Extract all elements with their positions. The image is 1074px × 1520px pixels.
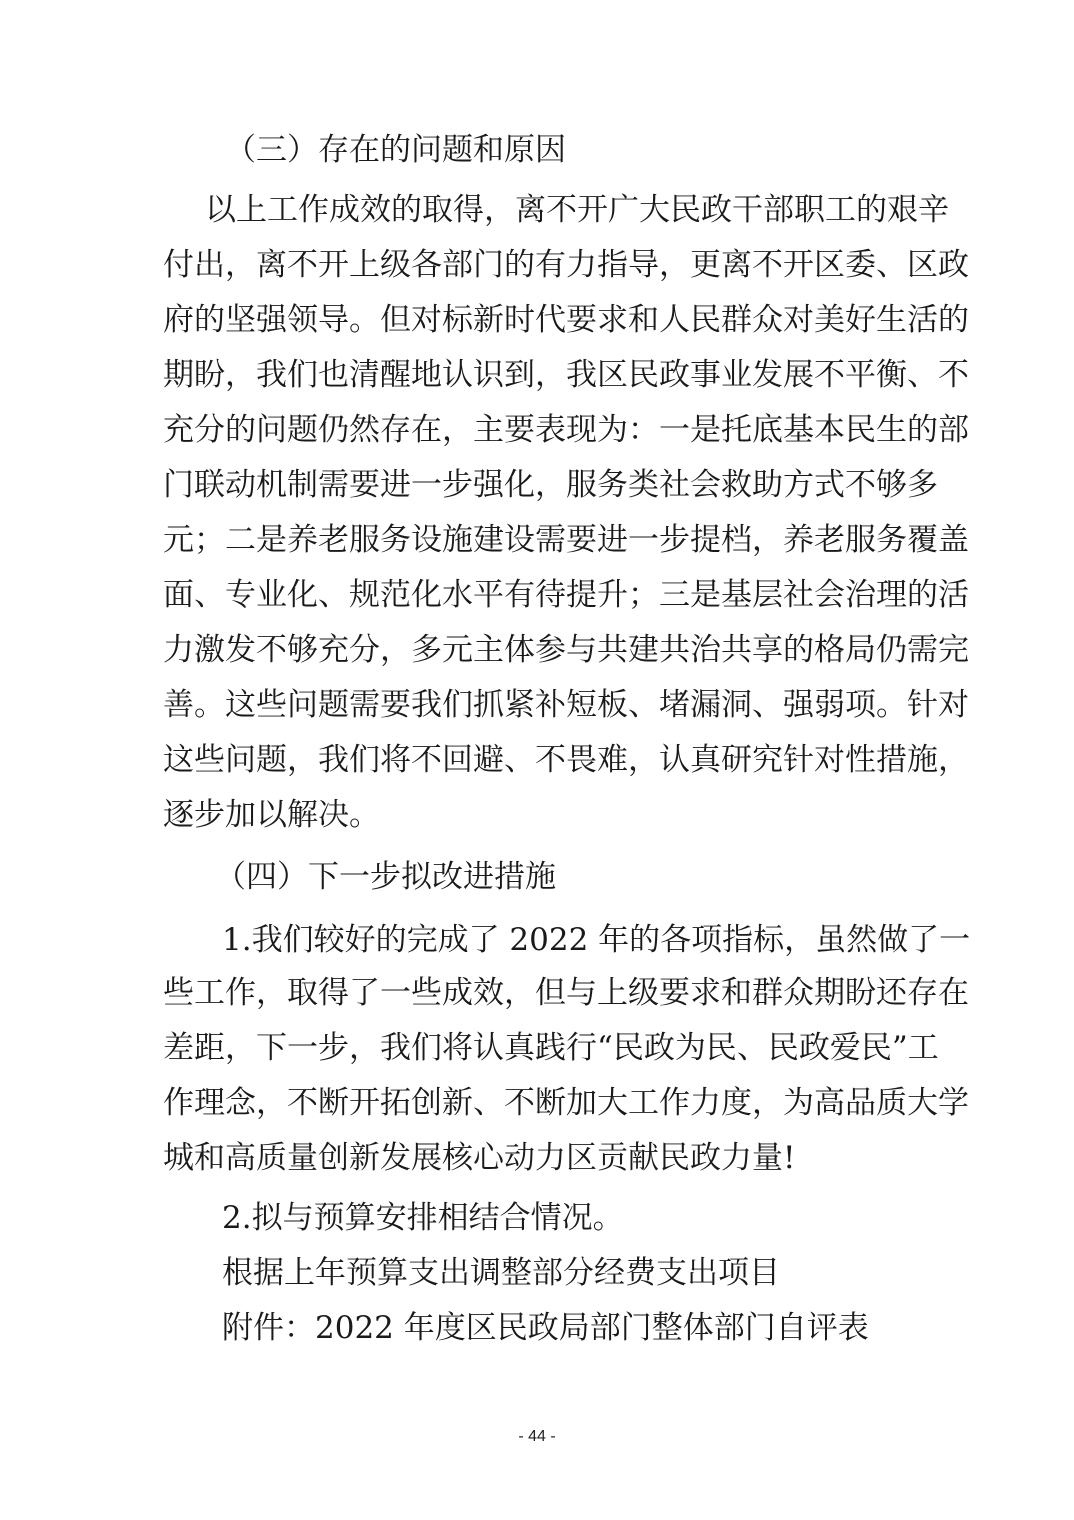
page-number: - 44 - (0, 1428, 1074, 1446)
document-page: （三）存在的问题和原因 以上工作成效的取得，离不开广大民政干部职工的艰辛 付出，… (0, 0, 1074, 1520)
paragraph-line: 充分的问题仍然存在，主要表现为：一是托底基本民生的部 (163, 410, 912, 450)
section-four-heading: （四）下一步拟改进措施 (215, 857, 556, 897)
paragraph-line: 作理念，不断开拓创新、不断加大工作力度，为高品质大学 (163, 1083, 912, 1123)
item-two: 2.拟与预算安排相结合情况。 (222, 1198, 624, 1238)
paragraph-line: 门联动机制需要进一步强化，服务类社会救助方式不够多 (163, 465, 885, 505)
budget-note: 根据上年预算支出调整部分经费支出项目 (222, 1253, 780, 1293)
paragraph-line: 付出，离不开上级各部门的有力指导，更离不开区委、区政 (163, 245, 912, 285)
section-three-heading: （三）存在的问题和原因 (225, 130, 566, 170)
paragraph-line: 些工作，取得了一些成效，但与上级要求和群众期盼还存在 (163, 973, 912, 1013)
paragraph-line: 逐步加以解决。 (163, 795, 380, 835)
attachment-note: 附件：2022 年度区民政局部门整体部门自评表 (222, 1308, 869, 1348)
paragraph-line: 善。这些问题需要我们抓紧补短板、堵漏洞、强弱项。针对 (163, 685, 912, 725)
paragraph-line: 1.我们较好的完成了 2022 年的各项指标，虽然做了一 (222, 920, 912, 960)
paragraph-line: 城和高质量创新发展核心动力区贡献民政力量! (163, 1138, 795, 1178)
paragraph-line: 面、专业化、规范化水平有待提升；三是基层社会治理的活 (163, 575, 912, 615)
paragraph-line: 期盼，我们也清醒地认识到，我区民政事业发展不平衡、不 (163, 355, 912, 395)
paragraph-line: 元；二是养老服务设施建设需要进一步提档，养老服务覆盖 (163, 520, 912, 560)
paragraph-line: 府的坚强领导。但对标新时代要求和人民群众对美好生活的 (163, 300, 912, 340)
paragraph-line: 差距，下一步，我们将认真践行“民政为民、民政爱民”工 (163, 1028, 912, 1068)
paragraph-line: 这些问题，我们将不回避、不畏难，认真研究针对性措施， (163, 740, 912, 780)
paragraph-line: 以上工作成效的取得，离不开广大民政干部职工的艰辛 (205, 190, 912, 230)
paragraph-line: 力激发不够充分，多元主体参与共建共治共享的格局仍需完 (163, 630, 912, 670)
